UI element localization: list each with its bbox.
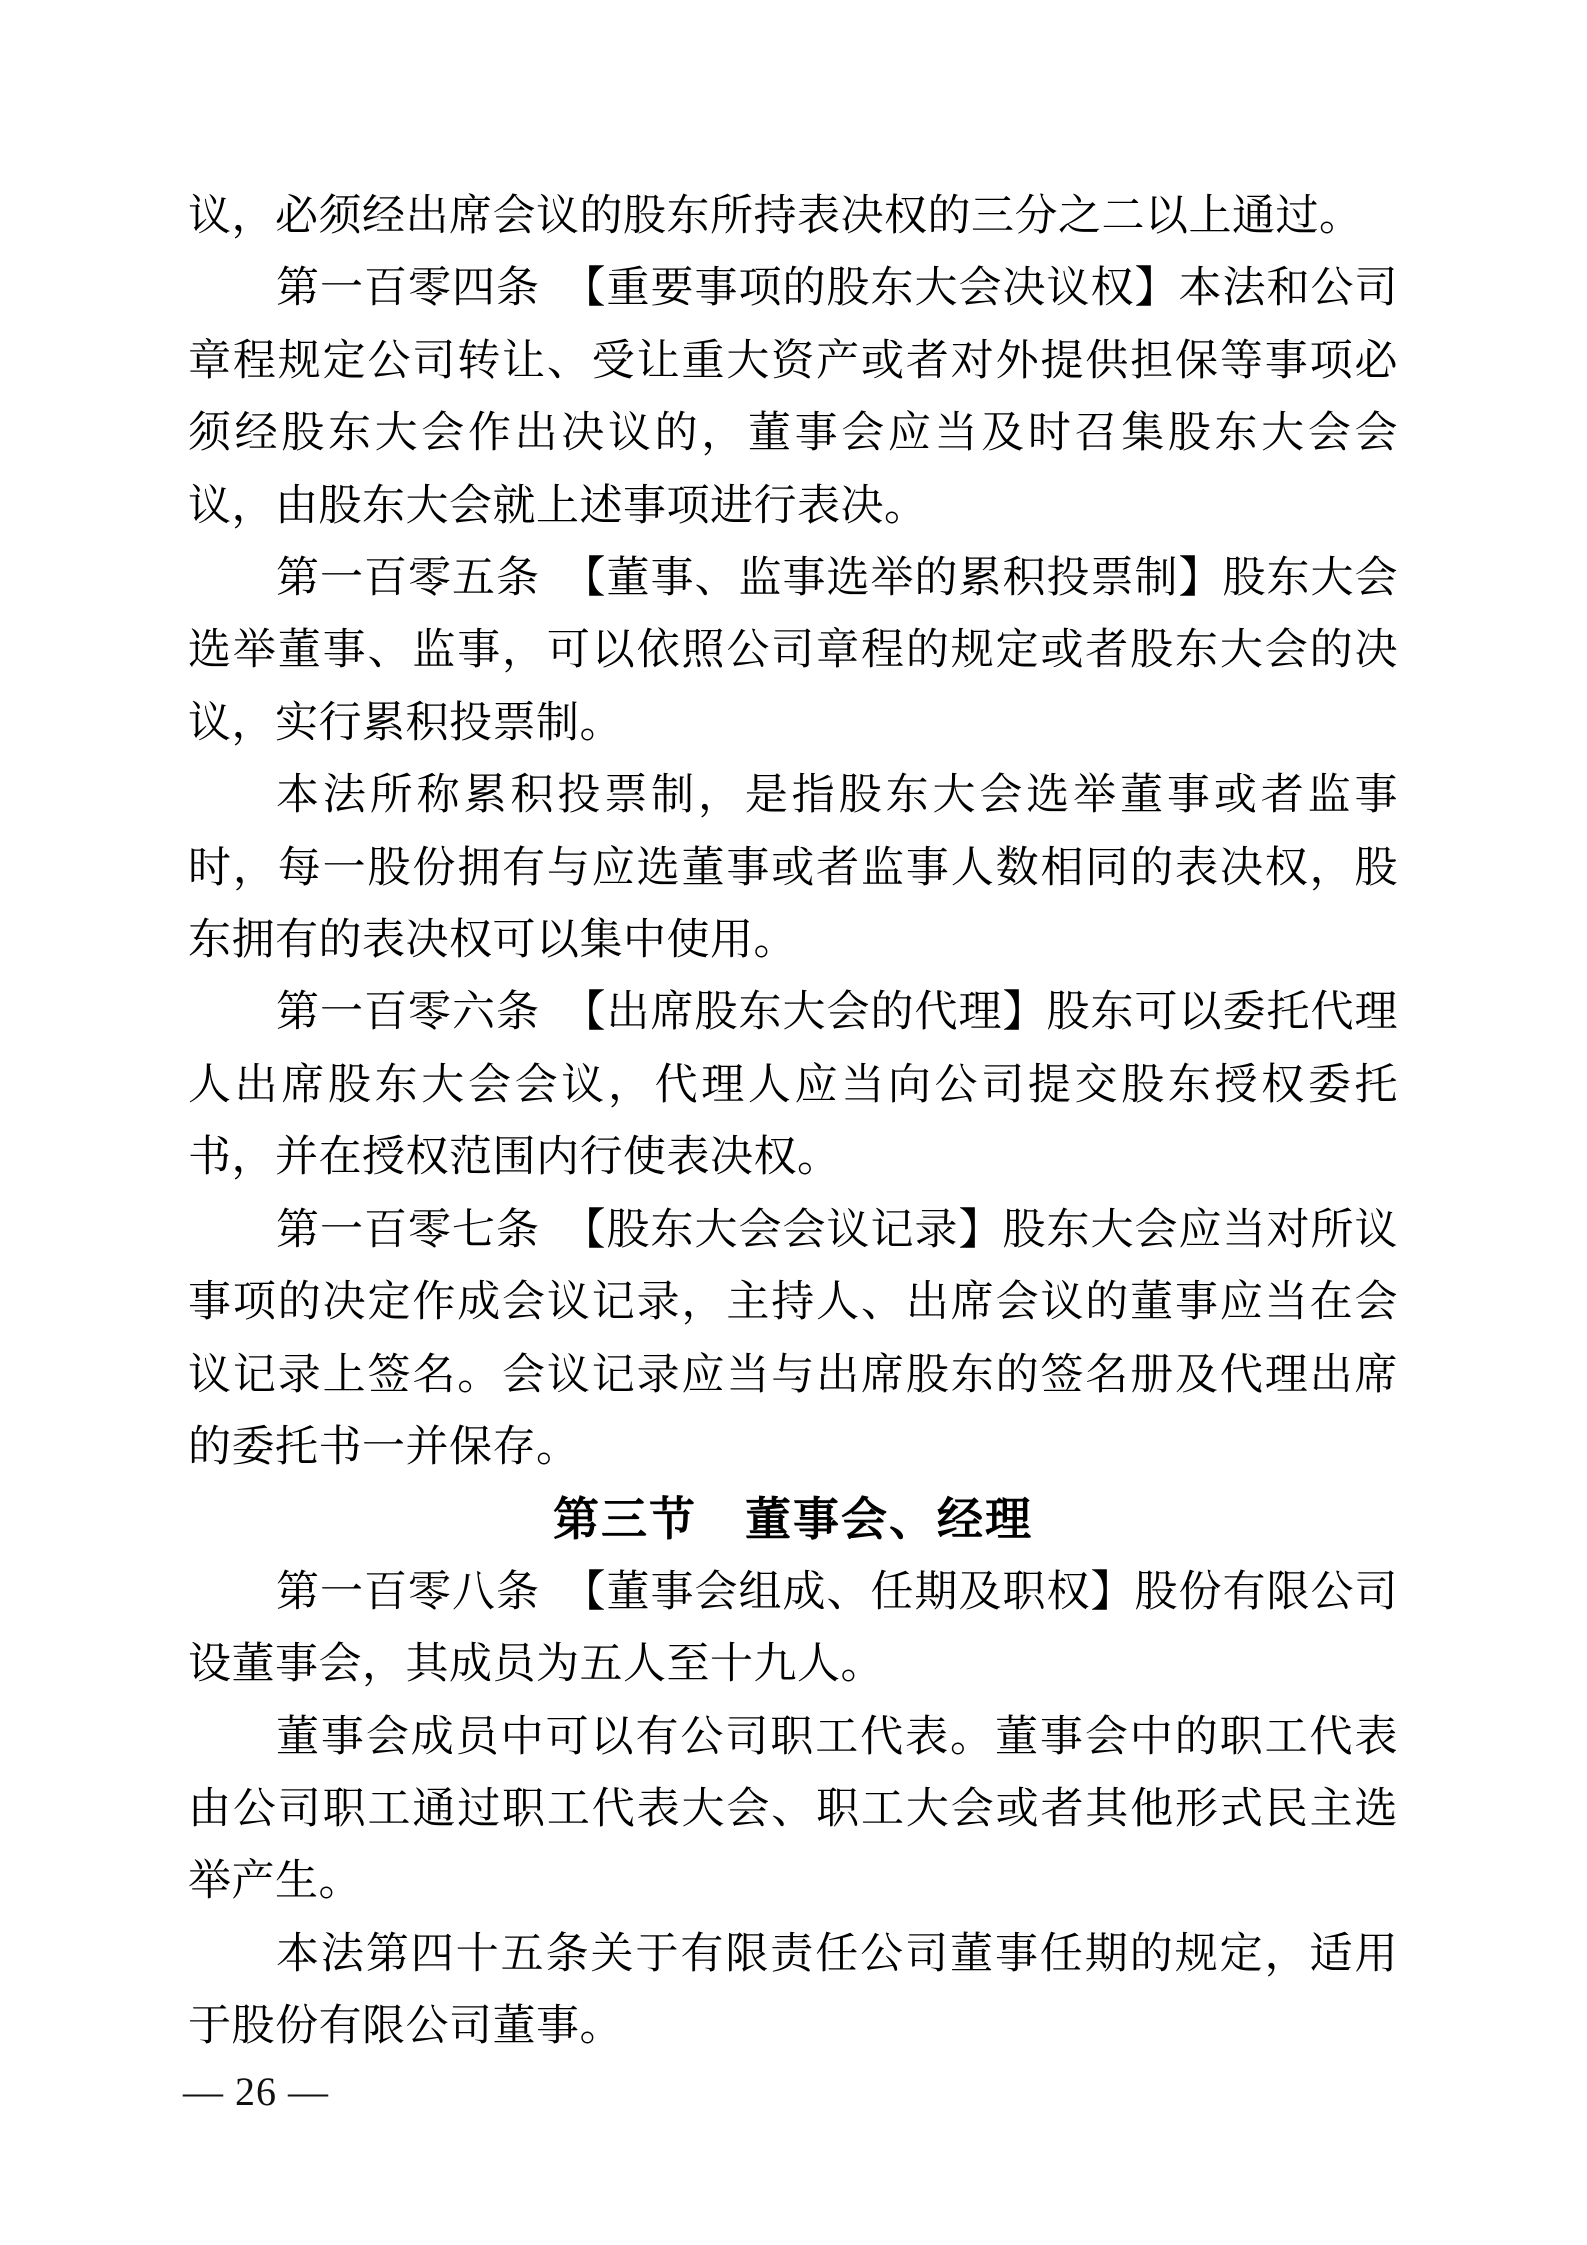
paragraph: 本法第四十五条关于有限责任公司董事任期的规定，适用于股份有限公司董事。	[188, 1919, 1398, 2064]
paragraph: 第一百零六条 【出席股东大会的代理】股东可以委托代理人出席股东大会会议，代理人应…	[188, 977, 1398, 1194]
paragraph: 第一百零八条 【董事会组成、任期及职权】股份有限公司设董事会，其成员为五人至十九…	[188, 1557, 1398, 1702]
document-body: 议，必须经出席会议的股东所持表决权的三分之二以上通过。第一百零四条 【重要事项的…	[188, 181, 1398, 2064]
paragraph: 第一百零四条 【重要事项的股东大会决议权】本法和公司章程规定公司转让、受让重大资…	[188, 253, 1398, 543]
paragraph: 董事会成员中可以有公司职工代表。董事会中的职工代表由公司职工通过职工代表大会、职…	[188, 1702, 1398, 1919]
section-heading: 第三节 董事会、经理	[188, 1484, 1398, 1556]
document-page: 议，必须经出席会议的股东所持表决权的三分之二以上通过。第一百零四条 【重要事项的…	[0, 0, 1587, 2245]
paragraph: 第一百零五条 【董事、监事选举的累积投票制】股东大会选举董事、监事，可以依照公司…	[188, 543, 1398, 760]
page-number: — 26 —	[183, 2068, 329, 2116]
paragraph: 第一百零七条 【股东大会会议记录】股东大会应当对所议事项的决定作成会议记录，主持…	[188, 1195, 1398, 1485]
paragraph: 本法所称累积投票制，是指股东大会选举董事或者监事时，每一股份拥有与应选董事或者监…	[188, 760, 1398, 977]
paragraph: 议，必须经出席会议的股东所持表决权的三分之二以上通过。	[188, 181, 1398, 253]
